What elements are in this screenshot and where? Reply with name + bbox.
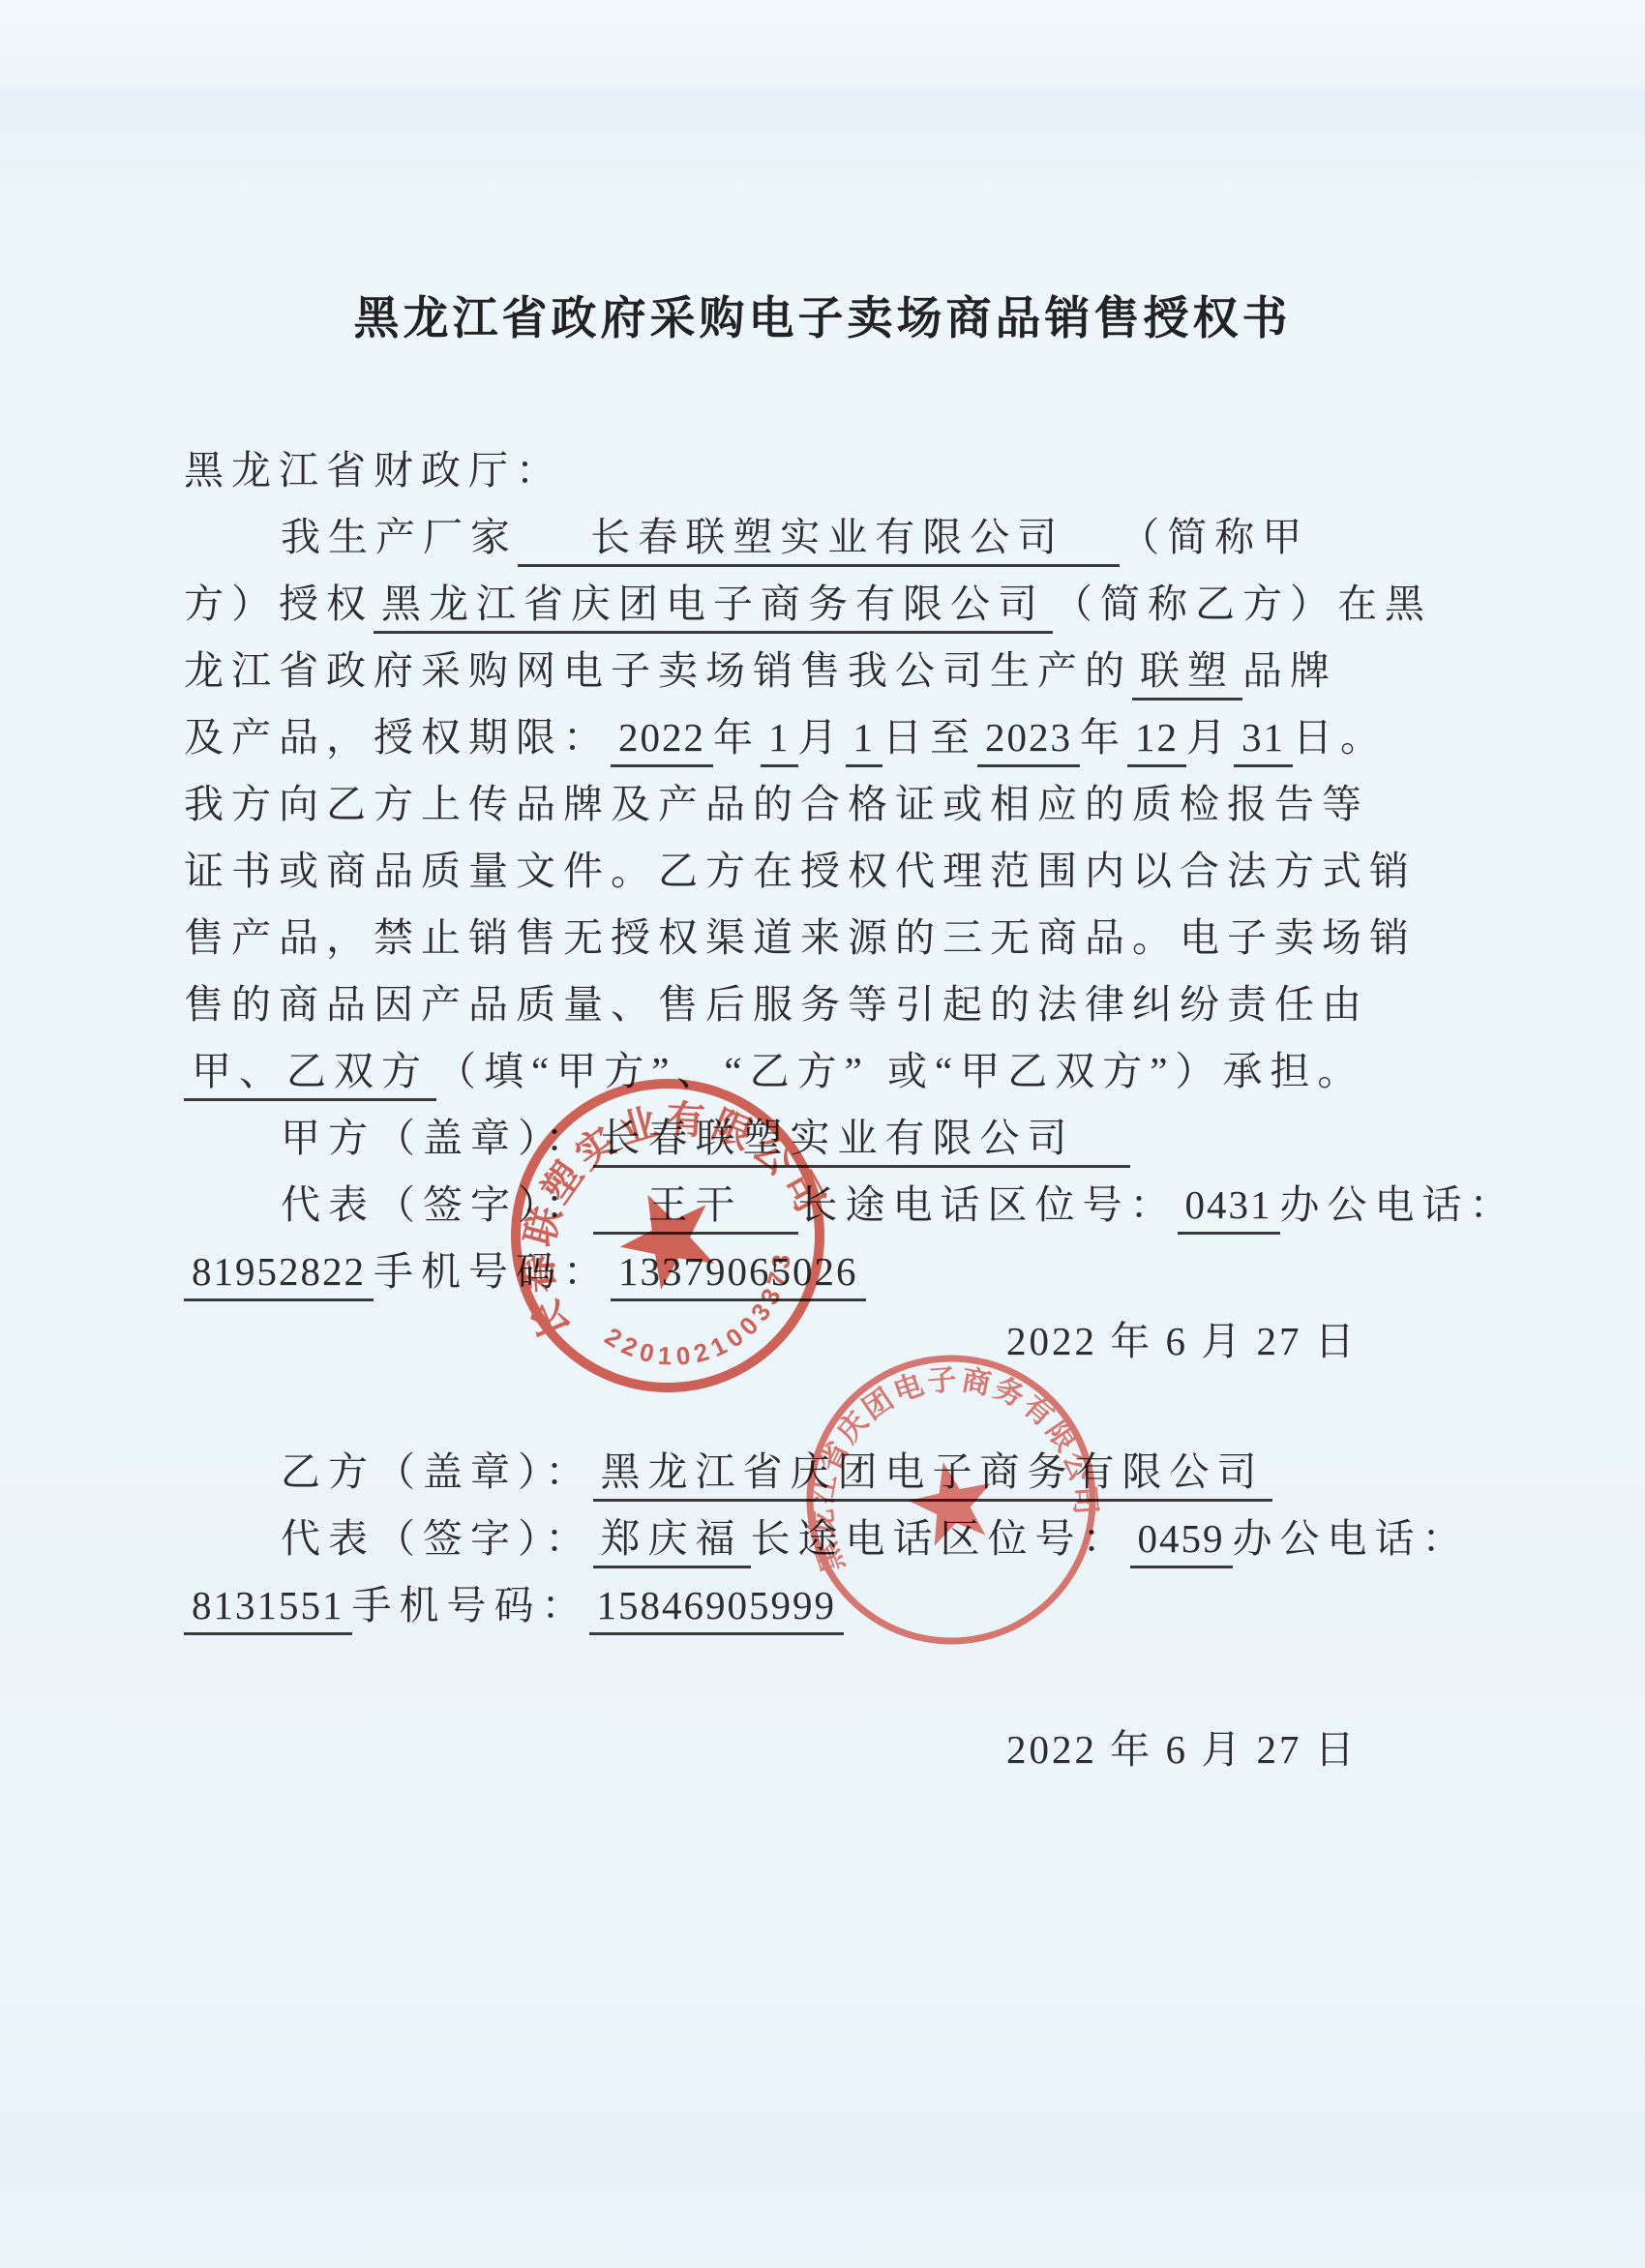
- body-line-2-text: （简称乙方）在黑: [1053, 579, 1432, 629]
- party-b-rep-value: 郑庆福: [593, 1513, 751, 1568]
- party-b-rep-line-text: 办公电话：: [1233, 1513, 1470, 1564]
- party-b-phone-line: 8131551手机号码：15846905999: [184, 1580, 844, 1635]
- body-line-8-text: 售的商品因产品质量、售后服务等引起的法律纠纷责任由: [184, 979, 1369, 1030]
- body-line-4-text: 月: [798, 712, 846, 762]
- body-line-5-text: 我方向乙方上传品牌及产品的合格证或相应的质检报告等: [184, 779, 1369, 829]
- start-month: 1: [761, 712, 798, 767]
- salutation: 黑龙江省财政厅：: [184, 445, 563, 495]
- party-b-office-phone: 8131551: [184, 1580, 352, 1635]
- party-b-date-value: 2022 年 6 月 27 日: [1006, 1724, 1358, 1775]
- body-line-6-text: 证书或商品质量文件。乙方在授权代理范围内以合法方式销: [184, 846, 1417, 896]
- party-b-company-fill: 黑龙江省庆团电子商务有限公司: [374, 579, 1053, 634]
- party-b-date: 2022 年 6 月 27 日: [1006, 1724, 1358, 1775]
- liable-party-fill: 甲、乙双方: [184, 1046, 436, 1101]
- start-year: 2022: [611, 712, 713, 767]
- party-a-rep-line-text: 长途电话区位号：: [798, 1179, 1178, 1230]
- body-line-6: 证书或商品质量文件。乙方在授权代理范围内以合法方式销: [184, 846, 1417, 896]
- body-line-3: 龙江省政府采购网电子卖场销售我公司生产的联塑品牌: [184, 645, 1337, 701]
- body-line-4-text: 及产品，授权期限：: [184, 712, 611, 762]
- party-b-mobile: 15846905999: [589, 1580, 845, 1635]
- body-line-4-text: 日。: [1293, 712, 1388, 762]
- body-line-4-text: 年: [713, 712, 761, 762]
- end-day: 31: [1234, 712, 1293, 767]
- body-line-2-text: 方）授权: [184, 579, 374, 629]
- body-line-8: 售的商品因产品质量、售后服务等引起的法律纠纷责任由: [184, 979, 1369, 1030]
- party-b-phone-line-text: 手机号码：: [352, 1580, 589, 1630]
- end-month: 12: [1127, 712, 1186, 767]
- party-a-office-phone: 81952822: [184, 1246, 374, 1301]
- party-b-seal-line-text: 乙方（盖章）：: [281, 1447, 593, 1497]
- party-b-rep-line-text: 代表（签字）：: [281, 1513, 593, 1564]
- party-a-rep-line-text: 办公电话：: [1280, 1179, 1517, 1230]
- start-day: 1: [846, 712, 883, 767]
- svg-text:黑龙江省庆团电子商务有限公司: 黑龙江省庆团电子商务有限公司: [778, 1336, 1105, 1577]
- body-line-3-text: 品牌: [1242, 645, 1337, 696]
- body-line-2: 方）授权黑龙江省庆团电子商务有限公司（简称乙方）在黑: [184, 579, 1432, 634]
- body-line-3-text: 龙江省政府采购网电子卖场销售我公司生产的: [184, 645, 1132, 696]
- seal-company-arc-text: 黑龙江省庆团电子商务有限公司: [778, 1336, 1105, 1577]
- body-line-4-text: 日至: [882, 712, 977, 762]
- body-line-1-text: 我生产厂家: [281, 512, 518, 562]
- party-b-area-code: 0459: [1130, 1513, 1233, 1568]
- scanned-authorization-document: 黑龙江省政府采购电子卖场商品销售授权书 黑龙江省财政厅：我生产厂家 长春联塑实业…: [0, 0, 1645, 2268]
- end-year: 2023: [977, 712, 1080, 767]
- party-a-company-fill: 长春联塑实业有限公司: [518, 512, 1120, 567]
- body-line-1: 我生产厂家 长春联塑实业有限公司 （简称甲: [281, 512, 1309, 567]
- party-a-area-code: 0431: [1178, 1179, 1280, 1235]
- party-b-seal-line: 乙方（盖章）：黑龙江省庆团电子商务有限公司: [281, 1447, 1272, 1502]
- seal-star-icon: [605, 1174, 731, 1298]
- salutation-text: 黑龙江省财政厅：: [184, 445, 563, 495]
- brand-fill: 联塑: [1132, 645, 1242, 701]
- body-line-7-text: 售产品，禁止销售无授权渠道来源的三无商品。电子卖场销: [184, 912, 1417, 963]
- body-line-5: 我方向乙方上传品牌及产品的合格证或相应的质检报告等: [184, 779, 1369, 829]
- body-line-9-text: （填“甲方”、“乙方” 或“甲乙双方”）承担。: [436, 1046, 1364, 1096]
- body-line-7: 售产品，禁止销售无授权渠道来源的三无商品。电子卖场销: [184, 912, 1417, 963]
- body-line-4: 及产品，授权期限：2022年1月1日至2023年12月31日。: [184, 712, 1388, 767]
- body-line-4-text: 月: [1186, 712, 1234, 762]
- party-b-company-seal-stamp: 黑龙江省庆团电子商务有限公司: [767, 1316, 1135, 1684]
- body-line-4-text: 年: [1080, 712, 1127, 762]
- body-line-1-text: （简称甲: [1120, 512, 1309, 562]
- seal-star-icon: [902, 1453, 1001, 1549]
- document-title: 黑龙江省政府采购电子卖场商品销售授权书: [0, 283, 1645, 347]
